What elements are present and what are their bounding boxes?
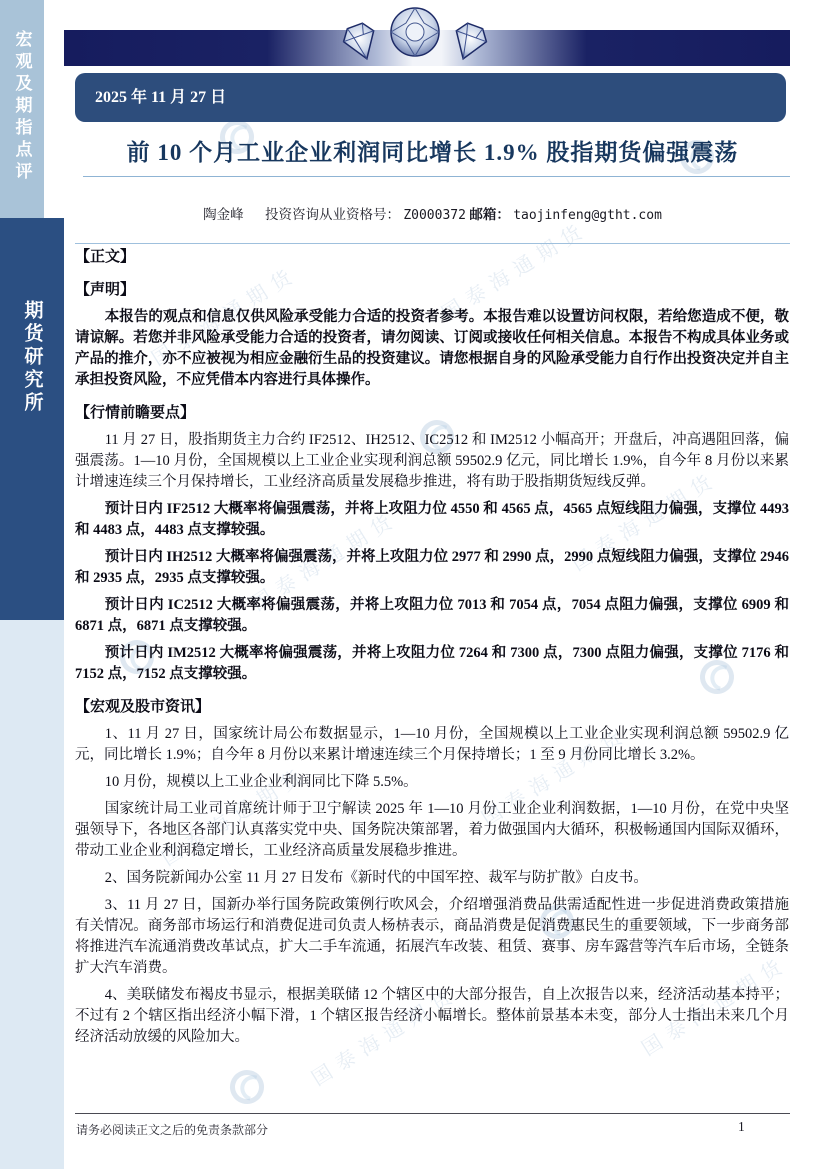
- sidebar-category-label: 宏观及期指点评: [10, 0, 35, 218]
- page-title: 前 10 个月工业企业利润同比增长 1.9% 股指期货偏强震荡: [75, 134, 790, 167]
- body-paragraph: 预计日内 IC2512 大概率将偏强震荡，并将上攻阻力位 7013 和 7054…: [75, 595, 789, 637]
- body-paragraph: 国家统计局工业司首席统计师于卫宁解读 2025 年 1—10 月份工业企业利润数…: [75, 799, 789, 862]
- sidebar-institute-label: 期货研究所: [19, 218, 46, 620]
- article-body: 【正文】【声明】本报告的观点和信息仅供风险承受能力合适的投资者参考。本报告难以设…: [75, 247, 789, 1054]
- email-address: taojinfeng@gtht.com: [513, 208, 662, 223]
- sidebar-section-category: 宏观及期指点评: [0, 0, 44, 218]
- byline-divider: [75, 243, 790, 244]
- watermark-logo-icon: [224, 1064, 270, 1110]
- report-page: 国泰海通期货 国泰海通期货 国泰海通期货 国泰海通期货 国泰海通期货 国泰海通期…: [0, 0, 826, 1169]
- byline: 陶金峰 投资咨询从业资格号： Z0000372 邮箱： taojinfeng@g…: [75, 203, 790, 223]
- section-heading: 【正文】: [75, 247, 789, 268]
- report-date-box: 2025 年 11 月 27 日: [75, 73, 786, 122]
- body-paragraph: 预计日内 IM2512 大概率将偏强震荡，并将上攻阻力位 7264 和 7300…: [75, 643, 789, 685]
- section-heading: 【行情前瞻要点】: [75, 403, 789, 424]
- page-number: 1: [738, 1119, 745, 1135]
- email-label: 邮箱：: [469, 207, 510, 222]
- body-paragraph: 1、11 月 27 日，国家统计局公布数据显示，1—10 月份，全国规模以上工业…: [75, 724, 789, 766]
- body-paragraph: 10 月份，规模以上工业企业利润同比下降 5.5%。: [75, 772, 789, 793]
- section-heading: 【宏观及股市资讯】: [75, 697, 789, 718]
- body-paragraph: 4、美联储发布褐皮书显示，根据美联储 12 个辖区中的大部分报告，自上次报告以来…: [75, 985, 789, 1048]
- sidebar-section-institute: 期货研究所: [0, 218, 64, 620]
- body-paragraph: 11 月 27 日，股指期货主力合约 IF2512、IH2512、IC2512 …: [75, 430, 789, 493]
- sidebar-section-blank: [0, 620, 64, 1169]
- footer-disclaimer: 请务必阅读正文之后的免责条款部分: [76, 1121, 268, 1138]
- report-date: 2025 年 11 月 27 日: [95, 89, 226, 106]
- body-paragraph: 3、11 月 27 日，国新办举行国务院政策例行吹风会，介绍增强消费品供需适配性…: [75, 895, 789, 979]
- body-paragraph: 本报告的观点和信息仅供风险承受能力合适的投资者参考。本报告难以设置访问权限，若给…: [75, 307, 789, 391]
- body-paragraph: 预计日内 IF2512 大概率将偏强震荡，并将上攻阻力位 4550 和 4565…: [75, 499, 789, 541]
- title-divider: [83, 176, 790, 177]
- body-paragraph: 预计日内 IH2512 大概率将偏强震荡，并将上攻阻力位 2977 和 2990…: [75, 547, 789, 589]
- qualification-label: 投资咨询从业资格号：: [265, 207, 400, 222]
- author-name: 陶金峰: [203, 207, 244, 222]
- footer-divider: [75, 1113, 790, 1114]
- section-heading: 【声明】: [75, 280, 789, 301]
- qualification-number: Z0000372: [403, 208, 466, 223]
- body-paragraph: 2、国务院新闻办公室 11 月 27 日发布《新时代的中国军控、裁军与防扩散》白…: [75, 868, 789, 889]
- diamonds-logo-icon: [330, 2, 500, 66]
